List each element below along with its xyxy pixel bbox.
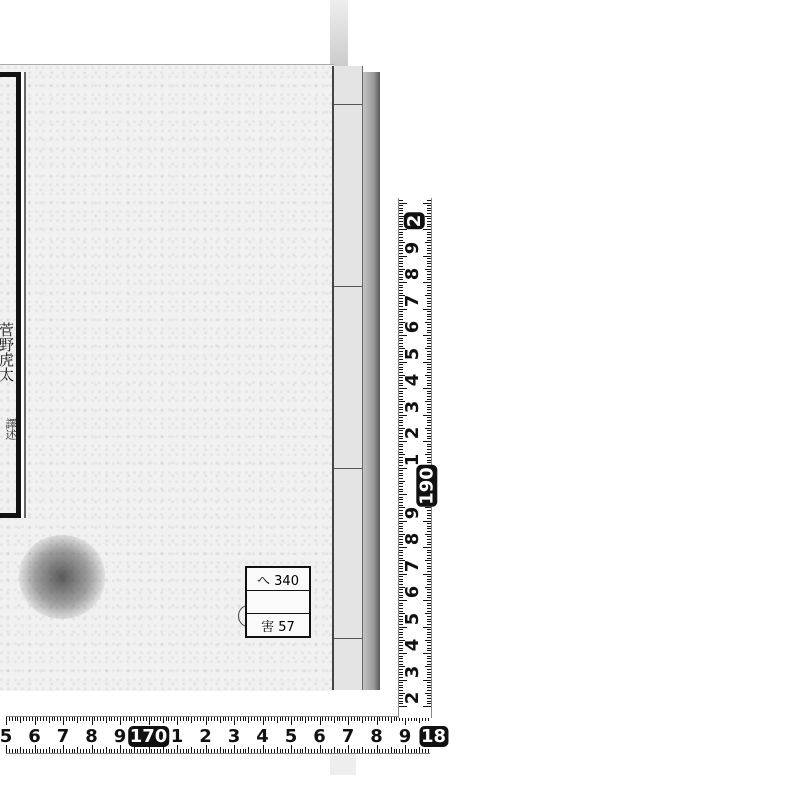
ruler-label: 4	[256, 726, 269, 747]
ruler-label: 3	[402, 665, 423, 678]
ruler-label: 6	[28, 726, 41, 747]
ruler-label: 170	[128, 726, 170, 747]
ruler-label: 7	[57, 726, 70, 747]
ruler-label: 6	[402, 586, 423, 599]
ruler-label: 5	[285, 726, 298, 747]
ruler-label: 8	[402, 268, 423, 281]
ruler-label: 2	[404, 213, 425, 230]
label-row-3: 害 57	[247, 614, 309, 636]
ruler-label: 1	[171, 726, 184, 747]
ruler-label: 9	[402, 241, 423, 254]
ruler-label: 4	[402, 639, 423, 652]
ruler-label: 9	[402, 506, 423, 519]
ruler-label: 9	[114, 726, 127, 747]
top-paper-tab	[330, 0, 348, 66]
ruler-label: 7	[402, 559, 423, 572]
ruler-label: 8	[370, 726, 383, 747]
library-call-number-label: へ 340 害 57	[245, 566, 311, 638]
book-page-edge	[360, 72, 380, 690]
ruler-label: 18	[419, 726, 448, 747]
ruler-label: 2	[199, 726, 212, 747]
ruler-label: 8	[85, 726, 98, 747]
title-author-text: 菅野虎太	[0, 322, 14, 382]
label-row-1: へ 340	[247, 568, 309, 591]
ruler-label: 6	[402, 321, 423, 334]
ruler-label: 5	[0, 726, 12, 747]
vertical-scale-ruler: 234567891901234567892	[398, 198, 432, 718]
ruler-label: 4	[402, 374, 423, 387]
book-spine	[332, 66, 363, 690]
ruler-label: 2	[402, 692, 423, 705]
ruler-label: 3	[402, 400, 423, 413]
ruler-label: 190	[416, 465, 437, 507]
ruler-label: 5	[402, 612, 423, 625]
ink-stain	[18, 535, 106, 619]
title-subtitle-text: 譯述	[2, 418, 18, 440]
ruler-label: 8	[402, 533, 423, 546]
ruler-label: 9	[399, 726, 412, 747]
ruler-label: 2	[402, 427, 423, 440]
ruler-label: 6	[313, 726, 326, 747]
ruler-label: 7	[342, 726, 355, 747]
horizontal-scale-ruler: 5678917012345678918	[6, 716, 430, 754]
title-slip-frame	[0, 72, 21, 518]
label-row-2	[247, 591, 309, 614]
ruler-label: 7	[402, 294, 423, 307]
ruler-label: 3	[228, 726, 241, 747]
ruler-label: 5	[402, 347, 423, 360]
ruler-label: 1	[402, 453, 423, 466]
